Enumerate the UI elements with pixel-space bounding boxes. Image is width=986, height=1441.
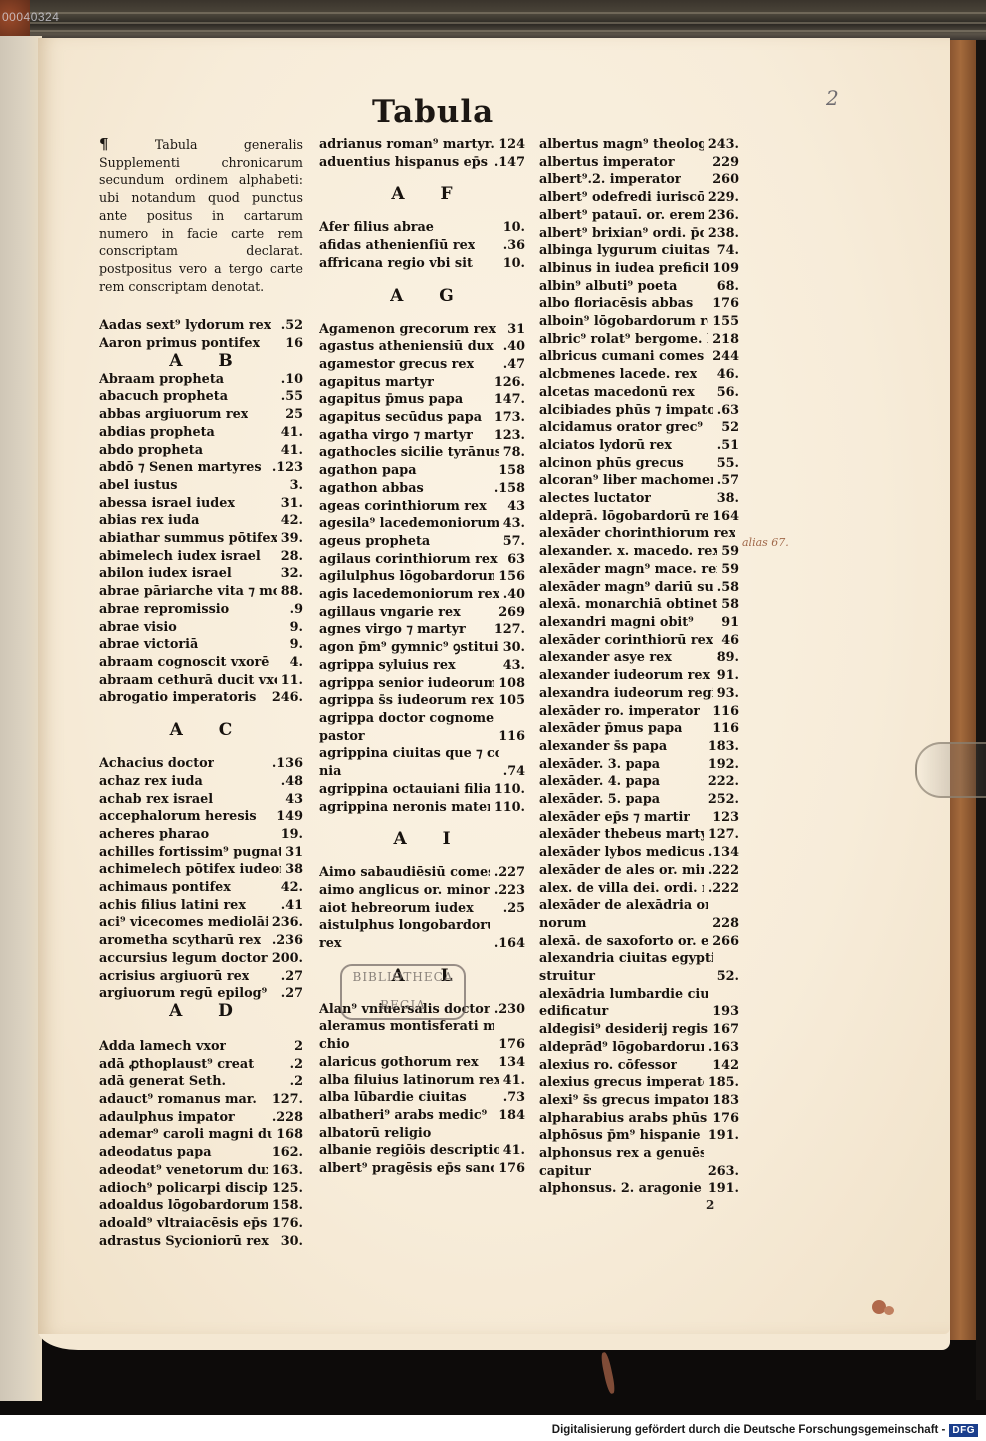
entry-folio-number: .147 — [490, 154, 525, 172]
index-entry: aleramus montisferati marchio176 — [319, 1018, 525, 1053]
index-entry: achis filius latini rex.41 — [99, 897, 303, 915]
index-entry: albert⁹ patauī. or. eremi.236. — [539, 207, 739, 225]
entry-folio-number: 176 — [708, 295, 739, 313]
index-entry: alexā. monarchiā obtinet58 — [539, 596, 739, 614]
entry-folio-number: 124 — [494, 136, 525, 154]
index-entry: alexāder p̄mus papa116 — [539, 720, 739, 738]
entry-name: Achacius doctor — [99, 755, 214, 773]
entry-folio-number: 41. — [499, 1072, 525, 1090]
index-entry: abdo propheta41. — [99, 442, 303, 460]
entry-folio-number: 91 — [717, 614, 739, 632]
entry-name: adauct⁹ romanus mar. — [99, 1091, 257, 1109]
index-entry: agathon papa158 — [319, 462, 525, 480]
index-entry: albert⁹ pragēsis ep̄s sanct⁹176 — [319, 1160, 525, 1178]
entry-folio-number: 78. — [499, 444, 525, 462]
entry-name: alexāder magn⁹ mace. rex — [539, 561, 717, 579]
entry-name: albo floriacēsis abbas — [539, 295, 693, 313]
entry-name: alexander. x. macedo. rex — [539, 543, 717, 561]
entry-name: alcibiades phūs ⁊ impator — [539, 402, 713, 420]
entry-folio-number: 4. — [286, 654, 303, 672]
stamp-line-2: REGIA — [342, 998, 464, 1012]
entry-name: abbas argiuorum rex — [99, 406, 248, 424]
entry-name: alexandra iudeorum regina — [539, 685, 713, 703]
index-entry: adaulphus impator.228 — [99, 1109, 303, 1127]
entry-folio-number: 41. — [499, 1142, 525, 1160]
index-entry: achaz rex iuda.48 — [99, 773, 303, 791]
entry-group: Alan⁹ vniuersalis doctor.230aleramus mon… — [319, 1001, 525, 1178]
entry-folio-number: 38. — [713, 490, 739, 508]
entry-name: abacuch propheta — [99, 388, 228, 406]
entry-folio-number: 167 — [708, 1021, 739, 1039]
entry-folio-number: 183 — [708, 1092, 739, 1110]
entry-folio-number: 116 — [708, 703, 739, 721]
entry-name: abraam cognoscit vxorē — [99, 654, 269, 672]
entry-name: adā generat Seth. — [99, 1073, 226, 1091]
index-entry: aiot hebreorum iudex.25 — [319, 900, 525, 918]
entry-name-line-1: agrippa doctor cognomento — [319, 710, 494, 728]
entry-name-line-2: norum — [539, 915, 708, 933]
entry-name: acrisius argiuorū rex — [99, 968, 249, 986]
entry-name: alciatos lydorū rex — [539, 437, 672, 455]
entry-name: aimo anglicus or. minorum — [319, 882, 490, 900]
index-entry: alexāder de alexādria or. minorum228 — [539, 897, 739, 932]
entry-folio-number: .27 — [277, 985, 303, 1003]
entry-folio-number: 42. — [277, 879, 303, 897]
entry-name: adeodatus papa — [99, 1144, 212, 1162]
entry-folio-number: 173. — [490, 409, 525, 427]
entry-name-line-1: alexandria ciuitas egypti cō — [539, 950, 713, 968]
index-entry: agrippa senior iudeorum rex108 — [319, 675, 525, 693]
entry-name: achab rex israel — [99, 791, 213, 809]
book-top-edge — [0, 0, 986, 40]
entry-name: abiathar summus pōtifex — [99, 530, 277, 548]
entry-folio-number: 134 — [494, 1054, 525, 1072]
intro-paragraph: ¶ Tabula generalis Supplementi chronicar… — [99, 136, 303, 295]
entry-folio-number: 263. — [704, 1163, 739, 1181]
entry-name: alexāder. 3. papa — [539, 756, 660, 774]
entry-folio-number: 43. — [499, 657, 525, 675]
entry-name: acheres pharao — [99, 826, 209, 844]
entry-folio-number: 31. — [277, 495, 303, 513]
entry-folio-number: .163 — [704, 1039, 739, 1057]
index-entry: aci⁹ vicecomes mediolāi236. — [99, 914, 303, 932]
entry-group: adrianus roman⁹ martyr.124aduentius hisp… — [319, 136, 525, 171]
entry-folio-number: .222 — [704, 862, 739, 880]
entry-name: alexander s̄s papa — [539, 738, 667, 756]
entry-folio-number: 105 — [494, 692, 525, 710]
entry-name-line-1: alphonsus rex a genuēsibus — [539, 1145, 704, 1163]
entry-folio-number: 46. — [713, 366, 739, 384]
entry-folio-number: .73 — [499, 1089, 525, 1107]
index-entry: albric⁹ rolat⁹ bergome. legi.218 — [539, 331, 739, 349]
index-entry: arometha scytharū rex.236 — [99, 932, 303, 950]
entry-name: agrippina neronis mater — [319, 799, 490, 817]
entry-folio-number: 127. — [490, 621, 525, 639]
entry-name: albert⁹ odefredi iuriscōsul. — [539, 189, 704, 207]
entry-name: alexāder lybos medicus — [539, 844, 704, 862]
index-entry: abiathar summus pōtifex39. — [99, 530, 303, 548]
index-entry: aldegisi⁹ desiderij regis fili⁹167 — [539, 1021, 739, 1039]
entry-name: accephalorum heresis — [99, 808, 257, 826]
entry-name: achis filius latini rex — [99, 897, 246, 915]
index-entry: abrae visio9. — [99, 619, 303, 637]
entry-name: abel iustus — [99, 477, 178, 495]
entry-folio-number: 109 — [708, 260, 739, 278]
entry-name: alectes luctator — [539, 490, 651, 508]
fore-edge — [950, 40, 976, 1340]
entry-folio-number: 31 — [503, 321, 525, 339]
entry-name: alphonsus rex a genuēsibuscapitur — [539, 1145, 704, 1180]
index-entry: agapitus p̄mus papa147. — [319, 391, 525, 409]
entry-folio-number: .58 — [713, 579, 739, 597]
left-page-edge — [0, 36, 42, 1401]
entry-name-line-1: aistulphus longobardorum — [319, 917, 490, 935]
index-entry: alciatos lydorū rex.51 — [539, 437, 739, 455]
index-entry: alcibiades phūs ⁊ impator.63 — [539, 402, 739, 420]
entry-name: agapitus martyr — [319, 374, 434, 392]
entry-name: alaricus gothorum rex — [319, 1054, 479, 1072]
entry-folio-number: 244 — [708, 348, 739, 366]
entry-name: abrae victoriā — [99, 636, 198, 654]
entry-folio-number: 110. — [490, 799, 525, 817]
entry-folio-number: 52. — [713, 968, 739, 986]
entry-name: adrianus roman⁹ martyr. — [319, 136, 494, 154]
entry-name-line-1: alexāder de alexādria or. mi — [539, 897, 708, 915]
index-entry: agrippa doctor cognomentopastor116 — [319, 710, 525, 745]
entry-folio-number: 192. — [704, 756, 739, 774]
entry-folio-number: 41. — [277, 424, 303, 442]
entry-folio-number: 193 — [708, 1003, 739, 1021]
library-stamp: BIBLIOTHECA REGIA — [340, 964, 466, 1020]
entry-name: achaz rex iuda — [99, 773, 203, 791]
entry-folio-number: .51 — [713, 437, 739, 455]
index-entry: affricana regio vbi sit10. — [319, 255, 525, 273]
index-entry: abraam cognoscit vxorē4. — [99, 654, 303, 672]
entry-name: albertus imperator — [539, 154, 675, 172]
index-entry: agapitus martyr126. — [319, 374, 525, 392]
entry-folio-number: 25 — [281, 406, 303, 424]
entry-group: Agamenon grecorum rex31agastus atheniens… — [319, 321, 525, 817]
entry-group: albertus magn⁹ theolog⁹243.albertus impe… — [539, 136, 739, 1198]
index-entry: alexandria ciuitas egypti cōstruitur52. — [539, 950, 739, 985]
index-entry: albanie regiōis descriptio41. — [319, 1142, 525, 1160]
entry-name: albert⁹ pragēsis ep̄s sanct⁹ — [319, 1160, 494, 1178]
index-entry: abilon iudex israel32. — [99, 565, 303, 583]
entry-folio-number: .222 — [704, 880, 739, 898]
entry-name: aci⁹ vicecomes mediolāi — [99, 914, 268, 932]
index-entry: alexāder magn⁹ mace. rex59 — [539, 561, 739, 579]
entry-folio-number: 38 — [281, 861, 303, 879]
entry-name: alexāder. 5. papa — [539, 791, 660, 809]
entry-name-line-2: struitur — [539, 968, 713, 986]
entry-folio-number: 158. — [268, 1197, 303, 1215]
entry-folio-number: .52 — [277, 317, 303, 335]
index-entry: adā ꝓthoplaust⁹ creat.2 — [99, 1056, 303, 1074]
index-entry: abbas argiuorum rex25 — [99, 406, 303, 424]
entry-name: alcoran⁹ liber machomeri — [539, 472, 713, 490]
index-entry: alphōsus p̄m⁹ hispanie rex191. — [539, 1127, 739, 1145]
index-entry: alcetas macedonū rex56. — [539, 384, 739, 402]
entry-name: alexandria ciuitas egypti cōstruitur — [539, 950, 713, 985]
index-entry: agrippina neronis mater110. — [319, 799, 525, 817]
entry-folio-number: 125. — [268, 1180, 303, 1198]
entry-folio-number: .10 — [277, 371, 303, 389]
entry-name: aldeprā. lōgobardorū rex — [539, 508, 708, 526]
entry-folio-number: 176. — [268, 1215, 303, 1233]
entry-folio-number: 93. — [713, 685, 739, 703]
entry-folio-number: 43 — [503, 498, 525, 516]
entry-folio-number: 123. — [490, 427, 525, 445]
entry-folio-number: 184 — [494, 1107, 525, 1125]
entry-name: alphonsus. 2. aragonie rex — [539, 1180, 704, 1198]
entry-name: alexāder de alexādria or. minorum — [539, 897, 708, 932]
index-entry: alexāder magn⁹ dariū supat.58 — [539, 579, 739, 597]
entry-folio-number: .223 — [490, 882, 525, 900]
entry-name: abessa israel iudex — [99, 495, 235, 513]
entry-name: albric⁹ rolat⁹ bergome. legi. — [539, 331, 708, 349]
index-entry: abrae victoriā9. — [99, 636, 303, 654]
entry-name: accursius legum doctor — [99, 950, 268, 968]
index-column-3: albertus magn⁹ theolog⁹243.albertus impe… — [539, 136, 739, 1198]
entry-folio-number: 147. — [490, 391, 525, 409]
index-entry: accephalorum heresis149 — [99, 808, 303, 826]
entry-folio-number: 162. — [268, 1144, 303, 1162]
entry-name: adrastus Sycioniorū rex — [99, 1233, 269, 1251]
entry-name: achimelech pōtifex iudeorum — [99, 861, 281, 879]
index-entry: alexandri magni obit⁹91 — [539, 614, 739, 632]
entry-folio-number: 110. — [490, 781, 525, 799]
entry-name: agamestor grecus rex — [319, 356, 474, 374]
page-clip-tab — [915, 742, 986, 798]
entry-folio-number: 123 — [708, 809, 739, 827]
index-entry: alexāder ro. imperator116 — [539, 703, 739, 721]
index-entry: aldeprā. lōgobardorū rex164 — [539, 508, 739, 526]
entry-name: agrippa syluius rex — [319, 657, 456, 675]
entry-name: ageus propheta — [319, 533, 430, 551]
index-entry: alexāder lybos medicus.134 — [539, 844, 739, 862]
entry-folio-number: 43. — [499, 515, 525, 533]
entry-name: agnes virgo ⁊ martyr — [319, 621, 466, 639]
index-entry: alexius ro. cōfessor142 — [539, 1057, 739, 1075]
index-entry: Agamenon grecorum rex31 — [319, 321, 525, 339]
entry-folio-number: 155 — [708, 313, 739, 331]
index-entry: alexāder ep̄s ⁊ martir123 — [539, 809, 739, 827]
entry-name: alexā. de saxoforto or. ere. — [539, 933, 708, 951]
entry-name-line-2: capitur — [539, 1163, 704, 1181]
index-entry: alexāder. 4. papa222. — [539, 773, 739, 791]
entry-folio-number: 3. — [286, 477, 303, 495]
scan-id-label: 00040324 — [2, 10, 59, 24]
entry-name: arometha scytharū rex — [99, 932, 261, 950]
entry-folio-number: 127. — [704, 826, 739, 844]
entry-name: Aadas sext⁹ lydorum rex — [99, 317, 271, 335]
entry-folio-number: 229 — [708, 154, 739, 172]
entry-group: Adda lamech vxor2adā ꝓthoplaust⁹ creat.2… — [99, 1038, 303, 1250]
entry-folio-number: 191. — [704, 1180, 739, 1198]
entry-folio-number: 59 — [717, 543, 739, 561]
entry-name: alexā. monarchiā obtinet — [539, 596, 717, 614]
pilcrow-icon: ¶ — [99, 135, 109, 153]
index-entry: alcinon phūs grecus55. — [539, 455, 739, 473]
index-entry: albinga lygurum ciuitas74. — [539, 242, 739, 260]
entry-name-line-1: agrippina ciuitas que ⁊ colo — [319, 745, 499, 763]
entry-name: adioch⁹ policarpi discipul⁹ — [99, 1180, 268, 1198]
entry-name: Adda lamech vxor — [99, 1038, 226, 1056]
index-entry: alexander iudeorum rex91. — [539, 667, 739, 685]
entry-folio-number: 127. — [268, 1091, 303, 1109]
entry-name: alcbmenes lacede. rex — [539, 366, 697, 384]
index-column-1: ¶ Tabula generalis Supplementi chronicar… — [99, 136, 303, 1250]
index-entry: achab rex israel43 — [99, 791, 303, 809]
entry-name-line-1: alexādria lumbardie ciuitas — [539, 986, 708, 1004]
entry-name: aldeprād⁹ lōgobardorum rex — [539, 1039, 704, 1057]
index-entry: adauct⁹ romanus mar.127. — [99, 1091, 303, 1109]
index-entry: adoald⁹ vltraiacēsis ep̄s176. — [99, 1215, 303, 1233]
entry-name: albanie regiōis descriptio — [319, 1142, 499, 1160]
entry-group: Abraam propheta.10abacuch propheta.55abb… — [99, 371, 303, 707]
signature-mark: 2 — [706, 1198, 714, 1212]
index-entry: albinus in iudea preficit109 — [539, 260, 739, 278]
entry-folio-number: 269 — [494, 604, 525, 622]
index-entry: alexius grecus imperator185. — [539, 1074, 739, 1092]
entry-name: Aimo sabaudiēsiū comes — [319, 864, 490, 882]
entry-name: Agamenon grecorum rex — [319, 321, 496, 339]
index-entry: ademar⁹ caroli magni dux168 — [99, 1126, 303, 1144]
index-entry: ageus propheta57. — [319, 533, 525, 551]
entry-folio-number: .136 — [268, 755, 303, 773]
index-entry: acheres pharao19. — [99, 826, 303, 844]
entry-folio-number: 30. — [499, 639, 525, 657]
entry-folio-number: 10. — [499, 219, 525, 237]
index-entry: albatheri⁹ arabs medic⁹184 — [319, 1107, 525, 1125]
entry-folio-number: 59 — [717, 561, 739, 579]
index-entry: alexādria lumbardie ciuitasedificatur193 — [539, 986, 739, 1021]
entry-folio-number: 16 — [281, 335, 303, 353]
entry-folio-number: .25 — [499, 900, 525, 918]
entry-folio-number: 116 — [708, 720, 739, 738]
entry-folio-number: 176 — [708, 1110, 739, 1128]
entry-name: abdō ⁊ Senen martyres — [99, 459, 262, 477]
index-entry: alcoran⁹ liber machomeri.57 — [539, 472, 739, 490]
index-entry: agamestor grecus rex.47 — [319, 356, 525, 374]
entry-folio-number: 238. — [704, 225, 739, 243]
entry-folio-number: 218 — [708, 331, 739, 349]
index-entry: abrae repromissio.9 — [99, 601, 303, 619]
entry-name: albatheri⁹ arabs medic⁹ — [319, 1107, 487, 1125]
index-entry: albatorū religio — [319, 1125, 525, 1143]
entry-name: alboin⁹ lōgobardorum rex — [539, 313, 708, 331]
entry-name: agillaus vngarie rex — [319, 604, 461, 622]
entry-folio-number: 57. — [499, 533, 525, 551]
entry-folio-number: 55. — [713, 455, 739, 473]
index-entry: alphonsus. 2. aragonie rex191. — [539, 1180, 739, 1198]
entry-name: affricana regio vbi sit — [319, 255, 473, 273]
entry-folio-number: .48 — [277, 773, 303, 791]
index-entry: albertus imperator229 — [539, 154, 739, 172]
index-entry: Achacius doctor.136 — [99, 755, 303, 773]
entry-name: abraam cethurā ducit vxorē — [99, 672, 277, 690]
entry-folio-number: 156 — [494, 568, 525, 586]
entry-name: alex. de villa dei. ordi. mi. — [539, 880, 704, 898]
entry-name: alexādria lumbardie ciuitasedificatur — [539, 986, 708, 1021]
entry-name: alexi⁹ s̄s grecus impator — [539, 1092, 708, 1110]
page-title: Tabula — [372, 94, 494, 130]
entry-name: aldegisi⁹ desiderij regis fili⁹ — [539, 1021, 708, 1039]
entry-name: Afer filius abrae — [319, 219, 434, 237]
entry-name: alexius grecus imperator — [539, 1074, 704, 1092]
entry-folio-number: 19. — [277, 826, 303, 844]
index-entry: abimelech iudex israel28. — [99, 548, 303, 566]
entry-folio-number: 88. — [277, 583, 303, 601]
index-entry: achimaus pontifex42. — [99, 879, 303, 897]
entry-folio-number: 9. — [286, 636, 303, 654]
index-entry: adeodatus papa162. — [99, 1144, 303, 1162]
entry-name: adaulphus impator — [99, 1109, 235, 1127]
entry-name: alexāder ep̄s ⁊ martir — [539, 809, 690, 827]
index-entry: abdias propheta41. — [99, 424, 303, 442]
index-entry: alexāder chorinthiorum rex — [539, 525, 739, 543]
entry-name: abrogatio imperatoris — [99, 689, 256, 707]
entry-folio-number: .236 — [268, 932, 303, 950]
entry-folio-number: 68. — [713, 278, 739, 296]
index-entry: alectes luctator38. — [539, 490, 739, 508]
entry-folio-number: .158 — [490, 480, 525, 498]
entry-name: achimaus pontifex — [99, 879, 231, 897]
entry-folio-number: 39. — [277, 530, 303, 548]
section-heading: A I — [319, 828, 525, 850]
entry-folio-number: 266 — [708, 933, 739, 951]
entry-folio-number: 229. — [704, 189, 739, 207]
index-entry: achimelech pōtifex iudeorum38 — [99, 861, 303, 879]
index-entry: agathocles sicilie tyrānus78. — [319, 444, 525, 462]
entry-name: agis lacedemoniorum rex — [319, 586, 499, 604]
index-entry: agilulphus lōgobardorum rex156 — [319, 568, 525, 586]
index-entry: abias rex iuda42. — [99, 512, 303, 530]
index-entry: albertus magn⁹ theolog⁹243. — [539, 136, 739, 154]
scan-shadow — [976, 40, 986, 1400]
entry-folio-number: .40 — [499, 338, 525, 356]
index-entry: albricus cumani comes244 — [539, 348, 739, 366]
entry-folio-number: .164 — [490, 935, 525, 953]
entry-folio-number: 252. — [704, 791, 739, 809]
entry-name: albatorū religio — [319, 1125, 431, 1143]
index-entry: agrippa s̄s iudeorum rex105 — [319, 692, 525, 710]
entry-name: achilles fortissim⁹ pugnator — [99, 844, 281, 862]
index-entry: alexander. x. macedo. rex59 — [539, 543, 739, 561]
index-entry: adā generat Seth..2 — [99, 1073, 303, 1091]
entry-folio-number: .55 — [277, 388, 303, 406]
entry-folio-number: 228 — [708, 915, 739, 933]
index-entry: alexander asye rex89. — [539, 649, 739, 667]
entry-folio-number: 260 — [708, 171, 739, 189]
entry-name: alexandri magni obit⁹ — [539, 614, 694, 632]
index-entry: Afer filius abrae10. — [319, 219, 525, 237]
entry-name: adoald⁹ vltraiacēsis ep̄s — [99, 1215, 267, 1233]
entry-name: adā ꝓthoplaust⁹ creat — [99, 1056, 254, 1074]
index-entry: alcidamus orator grec⁹52 — [539, 419, 739, 437]
entry-folio-number: .63 — [713, 402, 739, 420]
entry-name: agathon abbas — [319, 480, 424, 498]
entry-group: Afer filius abrae10.afidas athenienſiū r… — [319, 219, 525, 272]
index-entry: agrippa syluius rex43. — [319, 657, 525, 675]
entry-group: Aadas sext⁹ lydorum rex.52Aaron primus p… — [99, 317, 303, 352]
index-entry: accursius legum doctor200. — [99, 950, 303, 968]
entry-name: agapitus p̄mus papa — [319, 391, 463, 409]
entry-folio-number: 58 — [717, 596, 739, 614]
entry-folio-number: 56. — [713, 384, 739, 402]
entry-name: alexāder chorinthiorum rex — [539, 525, 735, 543]
entry-folio-number: .228 — [268, 1109, 303, 1127]
